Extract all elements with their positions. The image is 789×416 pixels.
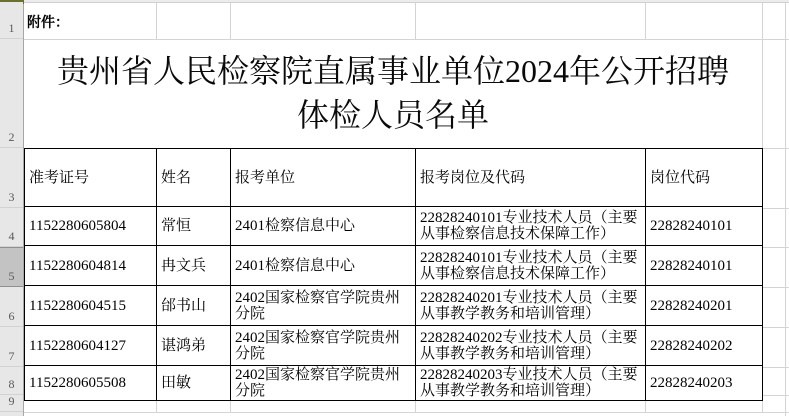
cell-name[interactable]: 冉文兵 xyxy=(157,246,231,286)
title-line-1: 贵州省人民检察院直属事业单位2024年公开招聘 xyxy=(24,49,762,93)
header-position-code[interactable]: 岗位代码 xyxy=(646,149,763,207)
gridline xyxy=(645,3,646,39)
cell-unit[interactable]: 2401检察信息中心 xyxy=(231,207,416,246)
table-row: 1152280604515 邰书山 2402国家检察官学院贵州分院 228282… xyxy=(25,286,763,326)
sheet-title-cell[interactable]: 贵州省人民检察院直属事业单位2024年公开招聘 体检人员名单 xyxy=(24,39,762,148)
row-header-5[interactable]: 5 xyxy=(0,247,23,287)
title-line-2: 体检人员名单 xyxy=(24,93,762,137)
cell-position[interactable]: 22828240101专业技术人员（主要从事检察信息技术保障工作） xyxy=(416,246,646,286)
table-row: 1152280605804 常恒 2401检察信息中心 22828240101专… xyxy=(25,207,763,246)
cell-position-code[interactable]: 22828240201 xyxy=(646,286,763,326)
table-row: 1152280605508 田敏 2402国家检察官学院贵州分院 2282824… xyxy=(25,366,763,401)
cell-exam-number[interactable]: 1152280605804 xyxy=(25,207,157,246)
cell-unit[interactable]: 2401检察信息中心 xyxy=(231,246,416,286)
header-name[interactable]: 姓名 xyxy=(157,149,231,207)
table-row: 1152280604127 谌鸿弟 2402国家检察官学院贵州分院 228282… xyxy=(25,326,763,366)
cell-attachment-label[interactable]: 附件： xyxy=(27,11,69,37)
cell-unit[interactable]: 2402国家检察官学院贵州分院 xyxy=(231,286,416,326)
cell-position-code[interactable]: 22828240101 xyxy=(646,207,763,246)
cell-exam-number[interactable]: 1152280604515 xyxy=(25,286,157,326)
gridline xyxy=(762,395,789,396)
cell-name[interactable]: 邰书山 xyxy=(157,286,231,326)
gridline xyxy=(785,3,786,416)
cell-exam-number[interactable]: 1152280604814 xyxy=(25,246,157,286)
gridline xyxy=(762,3,763,148)
cell-unit[interactable]: 2402国家检察官学院贵州分院 xyxy=(231,366,416,401)
gridline xyxy=(762,367,789,368)
cell-name[interactable]: 谌鸿弟 xyxy=(157,326,231,366)
roster-table: 准考证号 姓名 报考单位 报考岗位及代码 岗位代码 1152280605804 … xyxy=(24,148,763,401)
row-header-4[interactable]: 4 xyxy=(0,208,23,247)
cell-position[interactable]: 22828240202专业技术人员（主要从事教学教务和培训管理） xyxy=(416,326,646,366)
gridline xyxy=(230,3,231,39)
header-position-and-code[interactable]: 报考岗位及代码 xyxy=(416,149,646,207)
gridline xyxy=(762,148,789,149)
row-header-9[interactable]: 9 xyxy=(0,395,23,412)
cell-position-code[interactable]: 22828240202 xyxy=(646,326,763,366)
cell-name[interactable]: 田敏 xyxy=(157,366,231,401)
row-header-gutter: 1 2 3 4 5 6 7 8 9 xyxy=(0,3,24,416)
header-exam-number[interactable]: 准考证号 xyxy=(25,149,157,207)
table-row: 1152280604814 冉文兵 2401检察信息中心 22828240101… xyxy=(25,246,763,286)
row-header-3[interactable]: 3 xyxy=(0,148,23,208)
gridline xyxy=(762,327,789,328)
row-header-2[interactable]: 2 xyxy=(0,39,23,148)
gridline xyxy=(415,3,416,39)
gridline xyxy=(24,412,789,413)
spreadsheet-view: 1 2 3 4 5 6 7 8 9 附件： xyxy=(0,0,789,416)
sheet-corner xyxy=(0,0,24,4)
cell-unit[interactable]: 2402国家检察官学院贵州分院 xyxy=(231,326,416,366)
cell-position[interactable]: 22828240101专业技术人员（主要从事检察信息技术保障工作） xyxy=(416,207,646,246)
row-header-7[interactable]: 7 xyxy=(0,327,23,367)
cell-position[interactable]: 22828240201专业技术人员（主要从事教学教务和培训管理） xyxy=(416,286,646,326)
table-header-row: 准考证号 姓名 报考单位 报考岗位及代码 岗位代码 xyxy=(25,149,763,207)
row-header-8[interactable]: 8 xyxy=(0,367,23,395)
cell-name[interactable]: 常恒 xyxy=(157,207,231,246)
row-header-1[interactable]: 1 xyxy=(0,3,23,39)
gridline xyxy=(762,247,789,248)
cell-exam-number[interactable]: 1152280604127 xyxy=(25,326,157,366)
header-unit[interactable]: 报考单位 xyxy=(231,149,416,207)
gridline xyxy=(156,3,157,39)
cell-exam-number[interactable]: 1152280605508 xyxy=(25,366,157,401)
row-header-6[interactable]: 6 xyxy=(0,287,23,327)
gridline xyxy=(762,287,789,288)
cell-position-code[interactable]: 22828240203 xyxy=(646,366,763,401)
cell-position-code[interactable]: 22828240101 xyxy=(646,246,763,286)
cell-position[interactable]: 22828240203专业技术人员（主要从事教学教务和培训管理） xyxy=(416,366,646,401)
sheet-area[interactable]: 附件： 贵州省人民检察院直属事业单位2024年公开招聘 体检人员名单 准考证号 … xyxy=(24,3,789,416)
gridline xyxy=(762,208,789,209)
